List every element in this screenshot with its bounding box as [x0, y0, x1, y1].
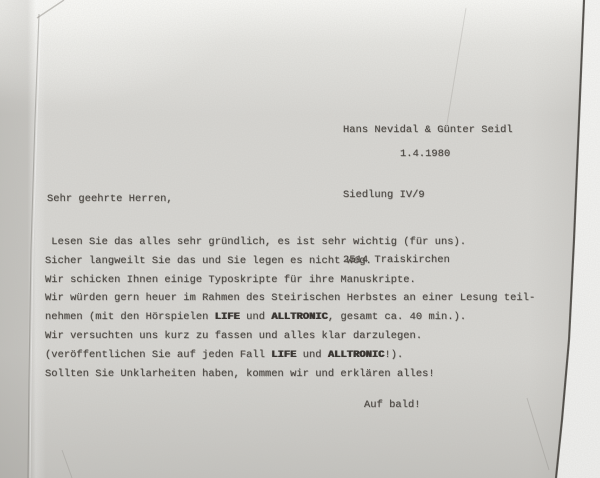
letter-line-segment: Wir würden gern heuer im Rahmen des Stei… [45, 292, 535, 304]
letter-line-segment: Lesen Sie das alles sehr gründlich, es i… [45, 236, 466, 248]
closing-phrase: Auf bald! [364, 399, 421, 411]
letter-line: Wir würden gern heuer im Rahmen des Stei… [45, 289, 535, 308]
letter-line-segment: und [296, 349, 327, 361]
letter-body: Lesen Sie das alles sehr gründlich, es i… [45, 233, 535, 383]
photo-of-typewritten-letter: Hans Nevidal & Günter Seidl Siedlung IV/… [0, 0, 600, 478]
left-fold-shading [0, 0, 46, 478]
letter-line-segment: Wir schicken Ihnen einige Typoskripte fü… [45, 274, 416, 286]
letter-line-segment: (veröffentlichen Sie auf jeden Fall [45, 349, 271, 361]
letter-line-segment: Wir versuchten uns kurz zu fassen und al… [45, 330, 422, 342]
letter-line: Lesen Sie das alles sehr gründlich, es i… [45, 233, 535, 252]
letter-line: (veröffentlichen Sie auf jeden Fall LIFE… [45, 346, 535, 365]
letter-line-segment: Sicher langweilt Sie das und Sie legen e… [45, 255, 372, 267]
emphasized-work-title: ALLTRONIC [271, 311, 328, 323]
letter-line: Wir schicken Ihnen einige Typoskripte fü… [45, 271, 535, 290]
emphasized-work-title: LIFE [271, 349, 296, 361]
letter-line: nehmen (mit den Hörspielen LIFE und ALLT… [45, 308, 535, 327]
salutation: Sehr geehrte Herren, [47, 193, 173, 205]
emphasized-work-title: LIFE [215, 311, 240, 323]
letter-line: Wir versuchten uns kurz zu fassen und al… [45, 327, 535, 346]
emphasized-work-title: ALLTRONIC [328, 349, 385, 361]
letter-line-segment: , gesamt ca. 40 min.). [328, 311, 466, 323]
sender-name: Hans Nevidal & Günter Seidl [343, 120, 513, 142]
letter-line: Sicher langweilt Sie das und Sie legen e… [45, 252, 535, 271]
letter-line-segment: und [240, 311, 271, 323]
letter-line-segment: Sollten Sie Unklarheiten haben, kommen w… [45, 368, 435, 380]
sender-street: Siedlung IV/9 [343, 185, 513, 207]
letter-line-segment: nehmen (mit den Hörspielen [45, 311, 215, 323]
letter-page: Hans Nevidal & Günter Seidl Siedlung IV/… [0, 0, 600, 478]
letter-line: Sollten Sie Unklarheiten haben, kommen w… [45, 365, 535, 384]
letter-date: 1.4.1980 [400, 148, 450, 160]
letter-line-segment: !). [384, 349, 403, 361]
